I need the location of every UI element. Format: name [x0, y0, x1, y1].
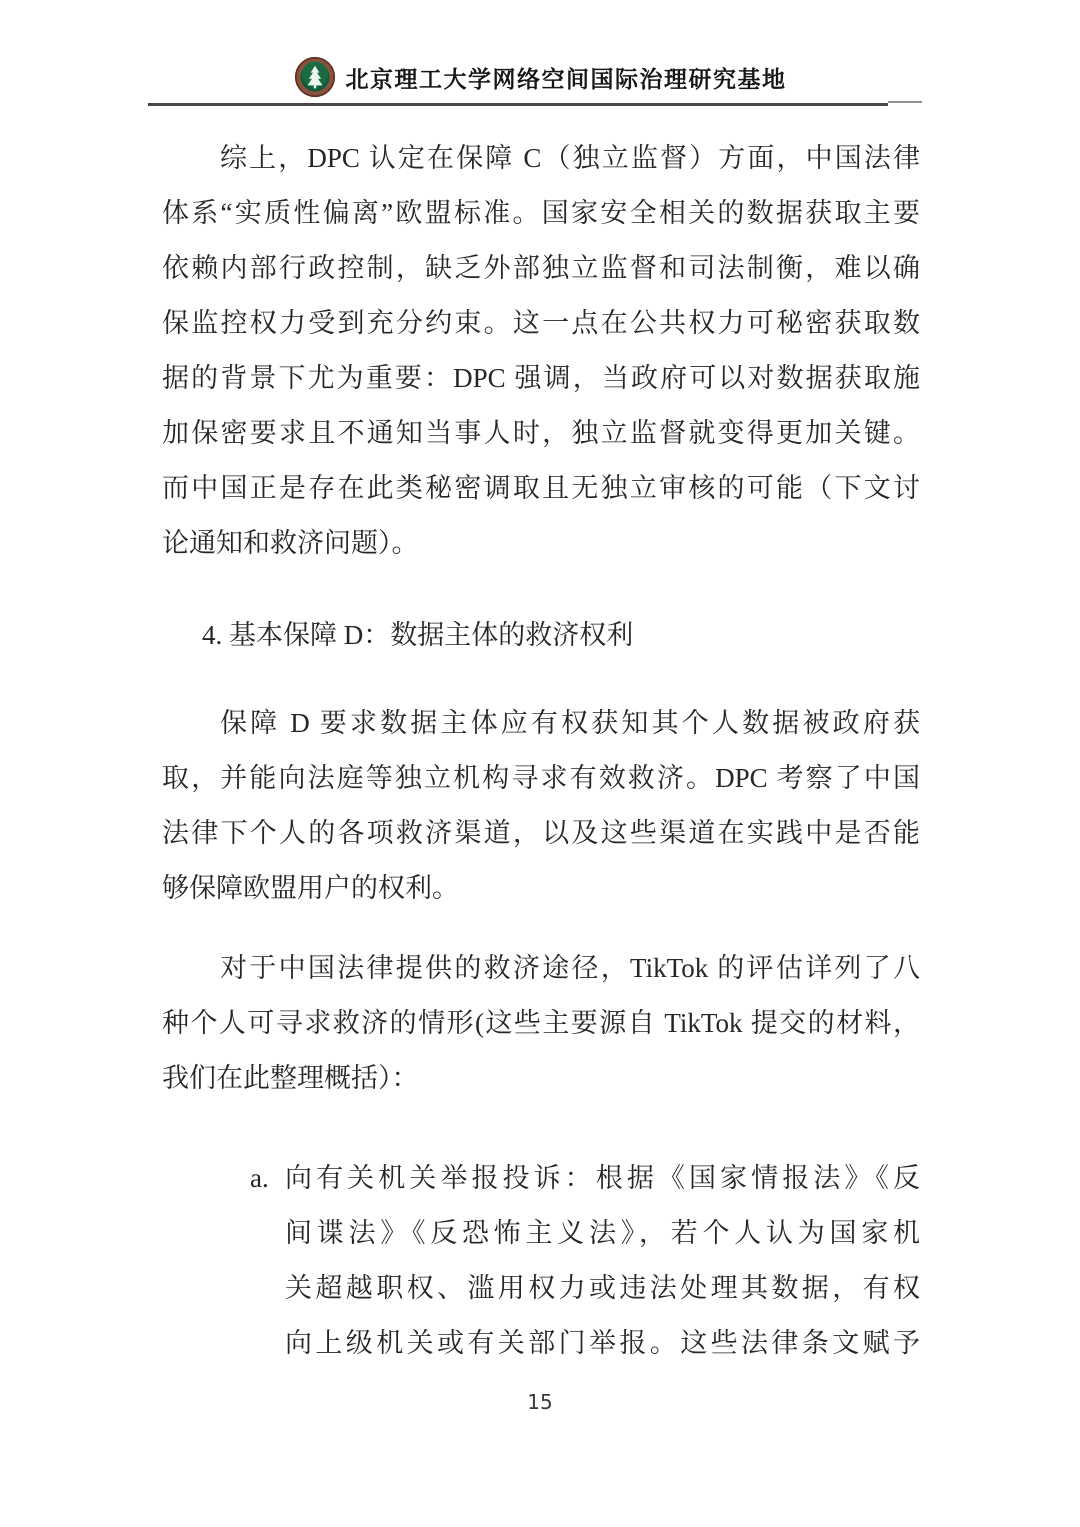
text-line: 保障 D 要求数据主体应有权获知其个人数据被政府获 [162, 696, 920, 751]
text-line: 法律下个人的各项救济渠道，以及这些渠道在实践中是否能 [162, 806, 920, 861]
paragraph: 综上，DPC 认定在保障 C（独立监督）方面，中国法律体系“实质性偏离”欧盟标准… [162, 131, 920, 571]
document-page: 北京理工大学网络空间国际治理研究基地 综上，DPC 认定在保障 C（独立监督）方… [0, 0, 1080, 1527]
text-line: 体系“实质性偏离”欧盟标准。国家安全相关的数据获取主要 [162, 186, 920, 241]
text-line: 取，并能向法庭等独立机构寻求有效救济。DPC 考察了中国 [162, 751, 920, 806]
page-number: 15 [0, 1390, 1080, 1414]
header-rule [148, 103, 888, 106]
university-emblem-icon [294, 56, 336, 98]
list-item: a.向有关机关举报投诉：根据《国家情报法》《反间谍法》《反恐怖主义法》，若个人认… [162, 1151, 920, 1371]
text-line: 对于中国法律提供的救济途径，TikTok 的评估详列了八 [162, 941, 920, 996]
paragraph: 保障 D 要求数据主体应有权获知其个人数据被政府获取，并能向法庭等独立机构寻求有… [162, 696, 920, 916]
text-line: 种个人可寻求救济的情形(这些主要源自 TikTok 提交的材料， [162, 996, 920, 1051]
text-line: 向有关机关举报投诉：根据《国家情报法》《反 [285, 1151, 920, 1206]
list-marker: a. [250, 1151, 269, 1206]
institution-title: 北京理工大学网络空间国际治理研究基地 [346, 61, 787, 94]
header-rule-tail [888, 101, 922, 103]
text-line: 据的背景下尤为重要：DPC 强调，当政府可以对数据获取施 [162, 351, 920, 406]
text-line: 够保障欧盟用户的权利。 [162, 861, 920, 916]
text-line: 间谍法》《反恐怖主义法》，若个人认为国家机 [285, 1206, 920, 1261]
text-line: 关超越职权、滥用权力或违法处理其数据，有权 [285, 1261, 920, 1316]
text-line: 论通知和救济问题）。 [162, 516, 920, 571]
content-blocks: 综上，DPC 认定在保障 C（独立监督）方面，中国法律体系“实质性偏离”欧盟标准… [162, 131, 920, 1371]
header-brand: 北京理工大学网络空间国际治理研究基地 [0, 56, 1080, 98]
text-line: 而中国正是存在此类秘密调取且无独立审核的可能（下文讨 [162, 461, 920, 516]
text-line: 我们在此整理概括）： [162, 1051, 920, 1106]
text-line: 依赖内部行政控制，缺乏外部独立监督和司法制衡，难以确 [162, 241, 920, 296]
text-line: 加保密要求且不通知当事人时，独立监督就变得更加关键。 [162, 406, 920, 461]
text-line: 向上级机关或有关部门举报。这些法律条文赋予 [285, 1316, 920, 1371]
paragraph: 对于中国法律提供的救济途径，TikTok 的评估详列了八种个人可寻求救济的情形(… [162, 941, 920, 1106]
text-line: 保监控权力受到充分约束。这一点在公共权力可秘密获取数 [162, 296, 920, 351]
text-line: 综上，DPC 认定在保障 C（独立监督）方面，中国法律 [162, 131, 920, 186]
section-heading: 4. 基本保障 D：数据主体的救济权利 [162, 608, 920, 663]
